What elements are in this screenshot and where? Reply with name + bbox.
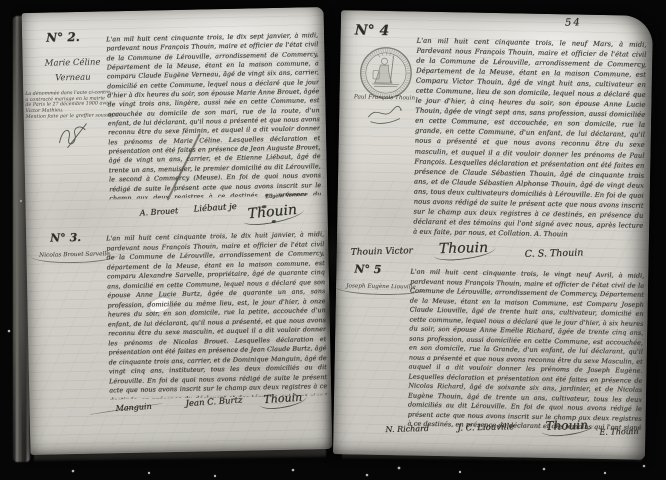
entry-2-act-text: L'an mil huit cent cinquante trois, le d… (106, 31, 321, 199)
dust-specks (0, 0, 2, 2)
entry-2-signature: A. Brouet (139, 206, 178, 217)
entry-2-margin-name-line1: Marie Céline (29, 57, 117, 69)
official-round-stamp-icon (357, 45, 414, 102)
entry-3-act-text: L'an mil huit cent cinquante trois, le d… (106, 230, 327, 399)
entry-4-number: N° 4 (355, 22, 390, 39)
margin-paraph-icon (52, 120, 97, 151)
right-page: 54 N° 4 Paul François Thouin L'an mil hu… (333, 10, 653, 460)
register-scan: N° 2. Marie Céline Verneau La dénommée d… (0, 0, 666, 480)
entry-3-signature: Jean C. Burtz (185, 395, 242, 409)
entry-3-signature: Manguin (115, 402, 152, 413)
folio-number: 54 (565, 17, 582, 28)
entry-3-signature-mayor: Thouin (263, 391, 302, 406)
left-page: N° 2. Marie Céline Verneau La dénommée d… (22, 7, 333, 455)
entry-2-number: N° 2. (46, 30, 80, 45)
margin-paraph-icon (365, 104, 403, 129)
entry-5-signature: J. C. Liouville (457, 422, 514, 433)
entry-5-number: N° 5 (354, 262, 381, 275)
entry-2-marriage-margin-note: La dénommée dans l'acte ci-contre a cont… (25, 90, 120, 120)
entry-4-signature-mayor: Thouin (439, 240, 489, 257)
entry-4-signature: C. S. Thouin (525, 247, 584, 259)
entry-4-act-text: L'an mil huit cent cinquante trois, le n… (413, 36, 647, 243)
entry-5-act-text: L'an mil huit cent cinquante trois, le v… (407, 267, 644, 434)
ink-blot (272, 220, 276, 223)
entry-3-number: N° 3. (50, 231, 81, 245)
entry-5-signature: N. Richard (385, 424, 429, 434)
gutter-ink-smudge (318, 208, 344, 356)
entry-2-margin-name-line2: Verneau (29, 72, 117, 84)
entry-4-signature: Thouin Victor (351, 246, 413, 258)
entry-2-signature-small: Eugène Verneau (265, 192, 306, 201)
entry-5-signature: E. Thouin (599, 427, 638, 437)
entry-5-signature-mayor: Thouin (545, 418, 588, 433)
entry-2-signature: Liébaut je (193, 202, 237, 215)
